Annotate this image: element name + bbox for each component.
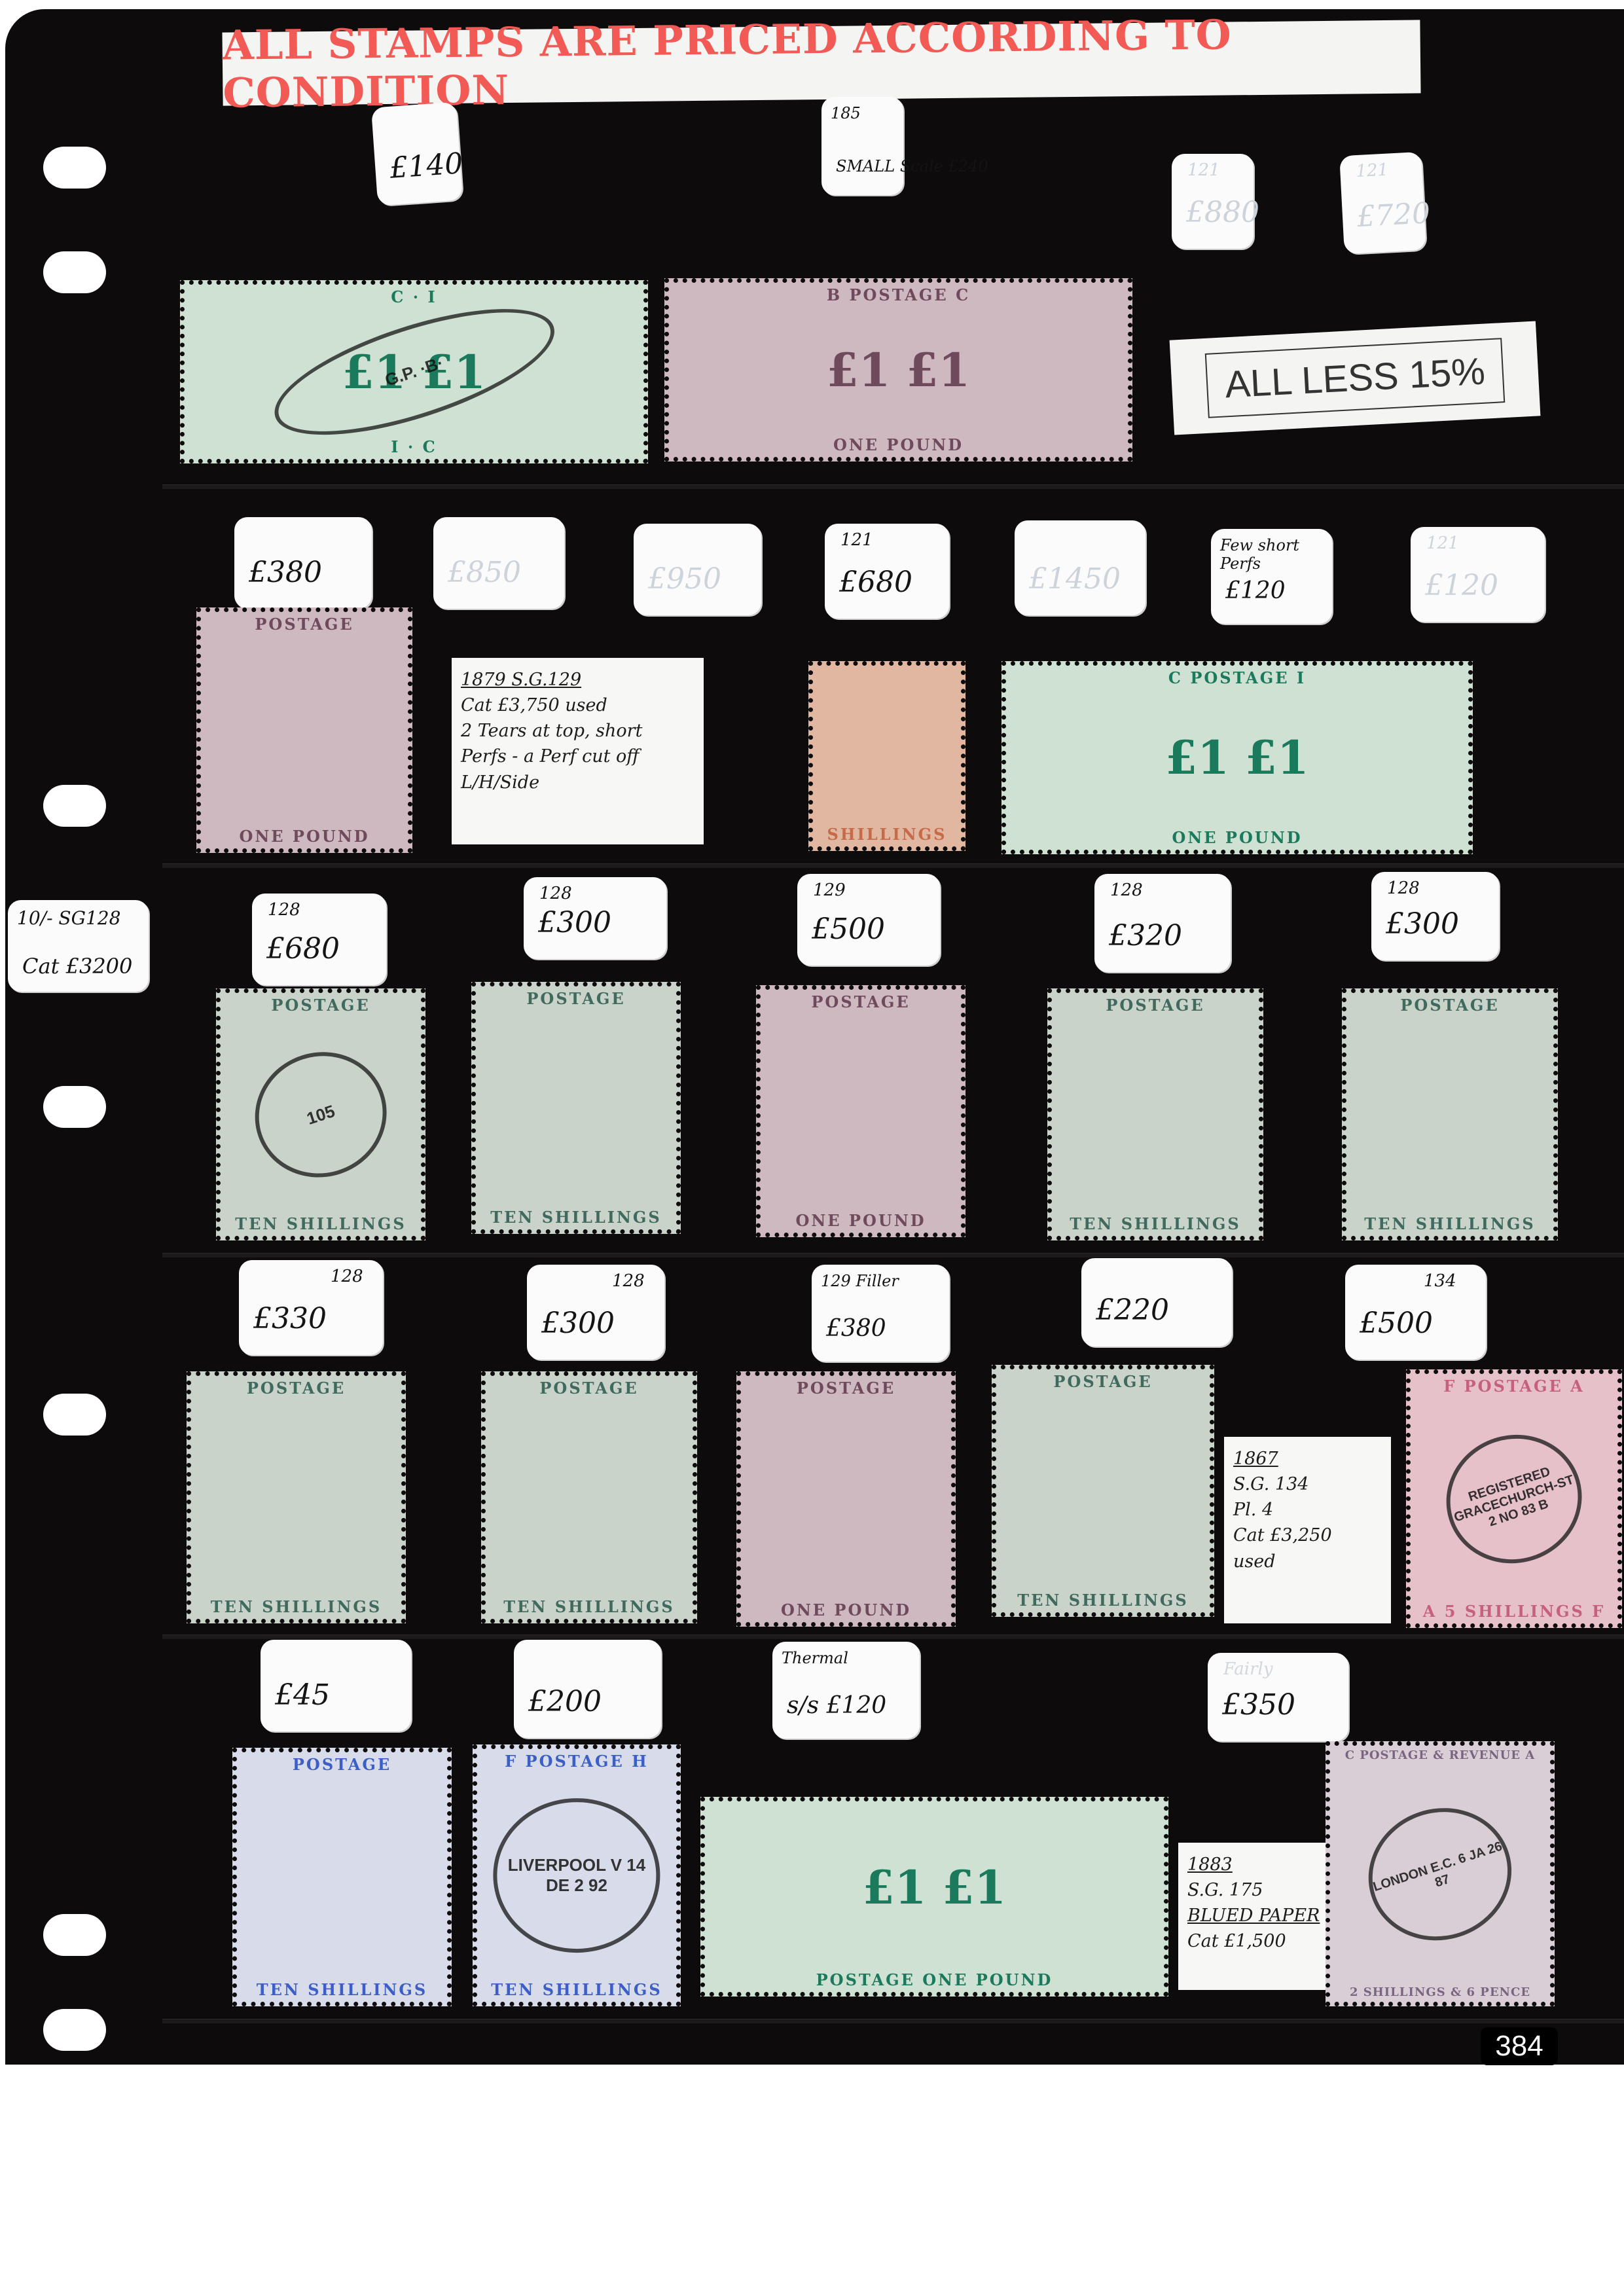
price-tag: Few short Perfs£120 (1211, 529, 1332, 624)
bot: TEN SHILLINGS (1017, 1588, 1188, 1612)
bot: TEN SHILLINGS (1070, 1212, 1240, 1236)
discount-text: ALL LESS 15% (1205, 338, 1505, 418)
top: POSTAGE (271, 993, 370, 1017)
price: £300 (1386, 907, 1459, 941)
bot: ONE POUND (781, 1598, 911, 1622)
binder-hole (43, 1914, 106, 1956)
price-tag: £140 (371, 102, 463, 206)
postmark: LONDON E.C. 6 JA 26 87 (1351, 1790, 1528, 1959)
bot: POSTAGE ONE POUND (816, 1968, 1053, 1992)
stamp: C POSTAGE & REVENUE A2 SHILLINGS & 6 PEN… (1326, 1741, 1555, 2006)
2: BLUED PAPER (1187, 1903, 1343, 1928)
bot: A 5 SHILLINGS F (1423, 1599, 1605, 1623)
price: £380 (826, 1315, 886, 1342)
row-divider (162, 484, 1624, 489)
price-tag: £380 (234, 517, 372, 609)
price-tag: Thermals/s £120 (772, 1642, 920, 1739)
banner-text: ALL STAMPS ARE PRICED ACCORDING TO CONDI… (222, 9, 1420, 117)
3: Cat £1,500 (1187, 1928, 1343, 1954)
binder-hole (43, 1394, 106, 1436)
top: C · I (391, 285, 437, 309)
binder-hole (43, 147, 106, 189)
price-tag: £45 (261, 1640, 411, 1731)
stamp: POSTAGEONE POUND (196, 607, 412, 853)
price-tag: 128£300 (524, 877, 666, 959)
price: £140 (389, 147, 464, 185)
top: POSTAGE (811, 990, 910, 1014)
cat: 185 (831, 105, 898, 123)
cat: 129 (813, 880, 846, 900)
top: POSTAGE (255, 612, 353, 636)
price: £680 (266, 932, 340, 966)
side-note-tag: 10/- SG128 Cat £3200 (8, 900, 149, 992)
cat: 121 (1187, 160, 1220, 180)
top: POSTAGE (539, 1376, 638, 1400)
price-tag: £1450 (1015, 520, 1146, 615)
line2: Cat £3200 (22, 954, 132, 979)
cat: Thermal (782, 1650, 914, 1668)
2: Pl. 4 (1233, 1497, 1382, 1523)
price: SMALL Scale £240 (836, 157, 988, 175)
top: B POSTAGE C (827, 283, 970, 307)
bot: TEN SHILLINGS (503, 1595, 674, 1619)
price: £320 (1109, 919, 1182, 952)
3: Perfs - a Perf cut off (461, 744, 695, 769)
cat: 128 (331, 1267, 363, 1286)
0: 1883 (1187, 1852, 1343, 1877)
price: £850 (448, 556, 521, 589)
price-tag: 129£500 (797, 874, 940, 966)
mid: £1 £1 (827, 343, 970, 397)
row-divider (162, 1635, 1624, 1639)
price-tag: 128£330 (239, 1260, 383, 1355)
stamp: C POSTAGE I£1 £1ONE POUND (1001, 661, 1473, 854)
0: 1867 (1233, 1446, 1382, 1472)
price-tag: 134£500 (1345, 1265, 1486, 1360)
price-tag: 129 Filler£380 (812, 1265, 949, 1362)
price-tag: £220 (1081, 1258, 1232, 1346)
1: S.G. 134 (1233, 1472, 1382, 1497)
price-tag: £950 (634, 524, 761, 615)
price: £45 (275, 1678, 330, 1712)
postmark: LIVERPOOL V 14 DE 2 92 (493, 1798, 660, 1953)
0: 1879 S.G.129 (461, 667, 695, 693)
price: £720 (1356, 196, 1432, 234)
cat: 128 (539, 884, 572, 903)
cat: 129 Filler (821, 1273, 944, 1291)
price-tag: 128£680 (252, 894, 386, 985)
price-tag: £850 (433, 517, 564, 609)
cat: 128 (268, 900, 300, 920)
top: POSTAGE (1106, 993, 1204, 1017)
bot: ONE POUND (239, 824, 369, 848)
1: S.G. 175 (1187, 1877, 1343, 1903)
price-tag: £200 (514, 1640, 661, 1738)
stamp: POSTAGEONE POUND (736, 1371, 956, 1627)
cat: Fairly (1223, 1659, 1273, 1679)
price: £950 (648, 562, 721, 596)
postmark: REGISTERED GRACECHURCH-ST 2 NO 83 B (1430, 1417, 1598, 1581)
line1: 10/- SG128 (17, 908, 143, 929)
bot: TEN SHILLINGS (211, 1595, 382, 1619)
price-tag: 121£680 (825, 524, 949, 619)
cat: 121 (1356, 160, 1389, 182)
stamp: F POSTAGE AA 5 SHILLINGS FREGISTERED GRA… (1406, 1369, 1622, 1628)
top: POSTAGE (526, 986, 625, 1011)
price-tag: 121£720 (1339, 152, 1426, 254)
price-tag: 121£880 (1172, 154, 1254, 249)
bot: TEN SHILLINGS (257, 1978, 427, 2002)
stamp: POSTAGETEN SHILLINGS105 (216, 988, 425, 1240)
bot: ONE POUND (833, 433, 964, 457)
price-tag: Fairly£350 (1208, 1653, 1348, 1741)
binder-hole (43, 251, 106, 293)
stamp: B POSTAGE C£1 £1ONE POUND (664, 278, 1132, 461)
stamp: POSTAGETEN SHILLINGS (232, 1748, 452, 2006)
condition-banner: ALL STAMPS ARE PRICED ACCORDING TO CONDI… (222, 20, 1420, 105)
stamp: POSTAGETEN SHILLINGS (187, 1371, 406, 1623)
discount-notice: ALL LESS 15% (1170, 321, 1541, 435)
cat: 121 (1426, 533, 1459, 553)
row-divider (162, 2019, 1624, 2023)
row-divider (162, 863, 1624, 868)
top: POSTAGE (1053, 1369, 1152, 1394)
price-tag: 128£300 (527, 1265, 664, 1360)
price: £500 (812, 913, 885, 946)
price: £350 (1222, 1688, 1295, 1722)
4: used (1233, 1549, 1382, 1574)
top: F POSTAGE A (1443, 1374, 1585, 1398)
4: L/H/Side (461, 770, 695, 795)
page-number: 384 (1481, 2027, 1558, 2065)
top: POSTAGE (293, 1752, 391, 1777)
bot: TEN SHILLINGS (490, 1205, 661, 1229)
price: £120 (1425, 569, 1498, 602)
price-tag: 128£300 (1371, 872, 1499, 960)
3: Cat £3,250 (1233, 1523, 1382, 1548)
cat: 128 (612, 1271, 645, 1291)
mid: £1 £1 (863, 1860, 1006, 1915)
top: C POSTAGE & REVENUE A (1345, 1746, 1536, 1765)
bot: ONE POUND (795, 1208, 926, 1233)
price: £200 (528, 1685, 602, 1718)
bot: 2 SHILLINGS & 6 PENCE (1350, 1983, 1530, 2002)
top: POSTAGE (797, 1376, 895, 1400)
description-card: 1879 S.G.129Cat £3,750 used2 Tears at to… (452, 658, 704, 844)
cat: 134 (1424, 1271, 1456, 1291)
2: 2 Tears at top, short (461, 718, 695, 744)
top: POSTAGE (247, 1376, 346, 1400)
price-tag: 185SMALL Scale £240 (821, 97, 903, 195)
bot: TEN SHILLINGS (491, 1978, 662, 2002)
price: £120 (1225, 577, 1286, 604)
price: £300 (541, 1307, 615, 1340)
stamp: POSTAGETEN SHILLINGS (471, 982, 681, 1234)
binder-hole (43, 2009, 106, 2051)
cat: 128 (1110, 880, 1143, 900)
top: POSTAGE (1400, 993, 1499, 1017)
top: C POSTAGE I (1168, 666, 1306, 690)
price: £1450 (1029, 562, 1121, 596)
price-tag: 128£320 (1094, 874, 1231, 972)
stamp: F POSTAGE HTEN SHILLINGSLIVERPOOL V 14 D… (473, 1744, 681, 2006)
bot: SHILLINGS (827, 822, 947, 846)
top: F POSTAGE H (505, 1749, 649, 1773)
bot: TEN SHILLINGS (235, 1212, 406, 1236)
price: £500 (1360, 1307, 1433, 1340)
price: £380 (249, 556, 322, 589)
postmark: 105 (239, 1035, 403, 1194)
postmark: G.P. ·B· (261, 283, 568, 461)
bot: I · C (391, 435, 437, 459)
row-divider (162, 1253, 1624, 1257)
cat: Few short Perfs (1220, 537, 1327, 573)
stamp: £1 £1POSTAGE ONE POUND (700, 1797, 1168, 1997)
binder-hole (43, 1086, 106, 1128)
stamp: POSTAGETEN SHILLINGS (1342, 988, 1558, 1240)
1: Cat £3,750 used (461, 693, 695, 718)
bot: ONE POUND (1172, 825, 1302, 850)
price: s/s £120 (787, 1692, 886, 1719)
stamp: POSTAGEONE POUND (756, 985, 965, 1237)
price-tag: 121£120 (1411, 527, 1545, 622)
bot: TEN SHILLINGS (1364, 1212, 1535, 1236)
price: £680 (839, 566, 912, 599)
binder-hole (43, 785, 106, 827)
price: £330 (253, 1302, 327, 1335)
price: £220 (1096, 1293, 1169, 1327)
price: £300 (538, 906, 611, 939)
stamp: POSTAGETEN SHILLINGS (992, 1365, 1214, 1617)
mid: £1 £1 (1165, 731, 1308, 785)
stamp: C · I£1 £1I · CG.P. ·B· (180, 280, 648, 463)
stamp: POSTAGETEN SHILLINGS (1047, 988, 1263, 1240)
cat: 128 (1387, 878, 1420, 898)
description-card: 1867S.G. 134Pl. 4Cat £3,250used (1224, 1437, 1391, 1623)
cat: 121 (840, 530, 873, 550)
price: £880 (1186, 196, 1259, 229)
stamp: POSTAGETEN SHILLINGS (481, 1371, 697, 1623)
stamp: SHILLINGS (808, 661, 965, 851)
